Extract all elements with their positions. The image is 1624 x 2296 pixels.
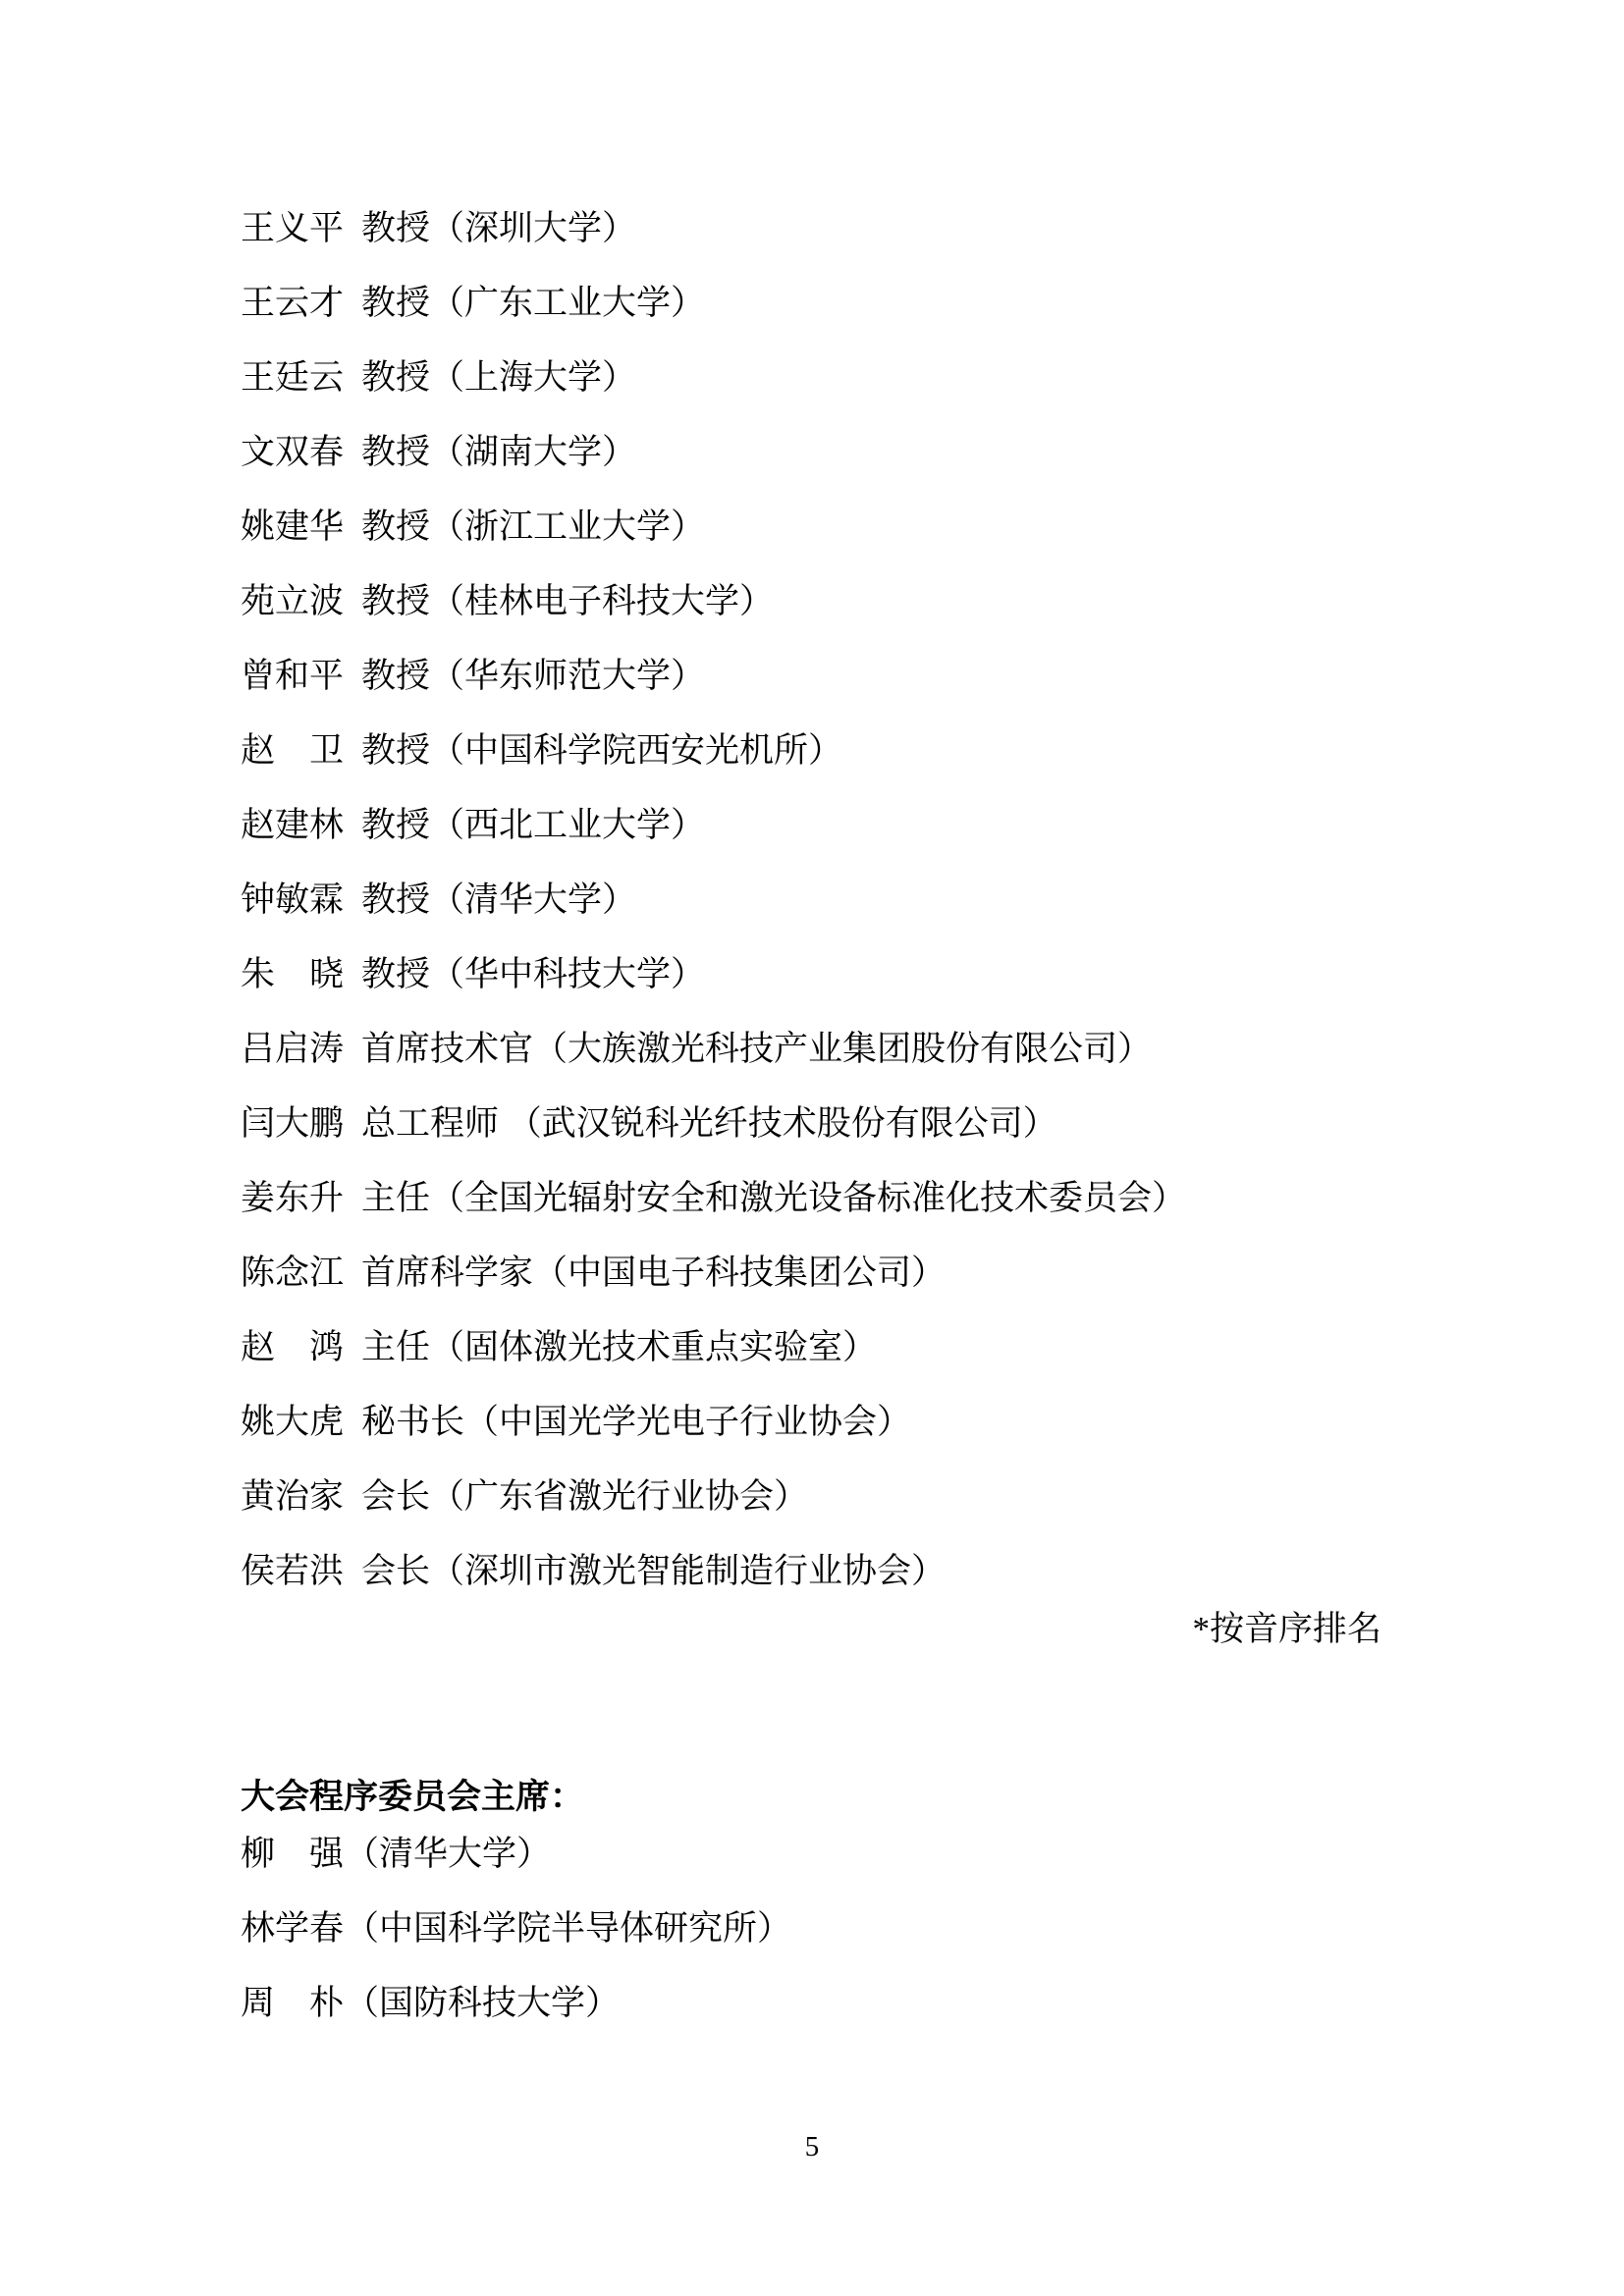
list-entry: 王义平教授（深圳大学） [241, 191, 1381, 266]
member-name: 林学春 [241, 1892, 345, 1966]
member-desc: 教授（华中科技大学） [361, 955, 705, 993]
member-name: 闫大鹏 [241, 1087, 345, 1161]
list-entry: 文双春教授（湖南大学） [241, 415, 1381, 490]
member-name: 柳 强 [241, 1817, 345, 1892]
member-name: 赵建林 [241, 788, 345, 863]
list-entry: 姚大虎秘书长（中国光学光电子行业协会） [241, 1385, 1381, 1460]
list-entry: 黄治家会长（广东省激光行业协会） [241, 1460, 1381, 1534]
member-name: 文双春 [241, 415, 345, 490]
document-page: 王义平教授（深圳大学） 王云才教授（广东工业大学） 王廷云教授（上海大学） 文双… [0, 0, 1624, 2296]
member-desc: 会长（深圳市激光智能制造行业协会） [361, 1552, 946, 1590]
member-desc: 教授（湖南大学） [361, 433, 636, 471]
list-entry: 赵 卫教授（中国科学院西安光机所） [241, 714, 1381, 788]
page-number: 5 [0, 2130, 1624, 2163]
member-name: 钟敏霖 [241, 863, 345, 937]
member-name: 赵 鸿 [241, 1310, 345, 1385]
sort-order-note: *按音序排名 [241, 1610, 1381, 1649]
list-entry: 吕启涛首席技术官（大族激光科技产业集团股份有限公司） [241, 1012, 1381, 1087]
member-name: 侯若洪 [241, 1534, 345, 1609]
member-desc: 首席技术官（大族激光科技产业集团股份有限公司） [361, 1030, 1152, 1068]
member-name: 姜东升 [241, 1161, 345, 1236]
member-name: 朱 晓 [241, 937, 345, 1012]
member-name: 曾和平 [241, 639, 345, 714]
member-name: 王义平 [241, 191, 345, 266]
member-desc: 教授（西北工业大学） [361, 806, 705, 844]
list-entry: 姚建华教授（浙江工业大学） [241, 490, 1381, 564]
member-desc: 秘书长（中国光学光电子行业协会） [361, 1403, 911, 1441]
member-desc: 主任（全国光辐射安全和激光设备标准化技术委员会） [361, 1179, 1186, 1217]
list-entry: 苑立波教授（桂林电子科技大学） [241, 564, 1381, 639]
list-entry: 王云才教授（广东工业大学） [241, 266, 1381, 341]
member-name: 周 朴 [241, 1966, 345, 2041]
page-content: 王义平教授（深圳大学） 王云才教授（广东工业大学） 王廷云教授（上海大学） 文双… [241, 191, 1381, 2041]
program-member: 周 朴（国防科技大学） [241, 1966, 1381, 2041]
list-entry: 侯若洪会长（深圳市激光智能制造行业协会） [241, 1534, 1381, 1609]
program-committee-heading: 大会程序委员会主席： [241, 1778, 1381, 1817]
list-entry: 赵 鸿主任（固体激光技术重点实验室） [241, 1310, 1381, 1385]
member-desc: 教授（清华大学） [361, 881, 636, 919]
list-entry: 姜东升主任（全国光辐射安全和激光设备标准化技术委员会） [241, 1161, 1381, 1236]
member-desc: 教授（广东工业大学） [361, 284, 705, 322]
member-desc: 教授（中国科学院西安光机所） [361, 731, 842, 770]
list-entry: 王廷云教授（上海大学） [241, 341, 1381, 415]
list-entry: 闫大鹏总工程师 （武汉锐科光纤技术股份有限公司） [241, 1087, 1381, 1161]
member-desc: 教授（浙江工业大学） [361, 507, 705, 546]
list-entry: 钟敏霖教授（清华大学） [241, 863, 1381, 937]
committee-list: 王义平教授（深圳大学） 王云才教授（广东工业大学） 王廷云教授（上海大学） 文双… [241, 191, 1381, 1609]
member-name: 姚大虎 [241, 1385, 345, 1460]
member-desc: 首席科学家（中国电子科技集团公司） [361, 1254, 946, 1292]
list-entry: 赵建林教授（西北工业大学） [241, 788, 1381, 863]
member-affiliation: （国防科技大学） [345, 1984, 620, 2022]
member-name: 王云才 [241, 266, 345, 341]
member-desc: 主任（固体激光技术重点实验室） [361, 1328, 877, 1366]
member-desc: 会长（广东省激光行业协会） [361, 1477, 808, 1516]
program-member: 柳 强（清华大学） [241, 1817, 1381, 1892]
member-desc: 教授（深圳大学） [361, 209, 636, 247]
member-name: 黄治家 [241, 1460, 345, 1534]
member-name: 姚建华 [241, 490, 345, 564]
member-desc: 总工程师 （武汉锐科光纤技术股份有限公司） [361, 1104, 1057, 1143]
member-desc: 教授（上海大学） [361, 358, 636, 397]
member-name: 吕启涛 [241, 1012, 345, 1087]
member-affiliation: （中国科学院半导体研究所） [345, 1909, 791, 1948]
program-member: 林学春（中国科学院半导体研究所） [241, 1892, 1381, 1966]
list-entry: 陈念江首席科学家（中国电子科技集团公司） [241, 1236, 1381, 1310]
list-entry: 曾和平教授（华东师范大学） [241, 639, 1381, 714]
member-affiliation: （清华大学） [345, 1835, 551, 1873]
member-desc: 教授（华东师范大学） [361, 657, 705, 695]
member-desc: 教授（桂林电子科技大学） [361, 582, 774, 620]
member-name: 苑立波 [241, 564, 345, 639]
member-name: 陈念江 [241, 1236, 345, 1310]
member-name: 王廷云 [241, 341, 345, 415]
list-entry: 朱 晓教授（华中科技大学） [241, 937, 1381, 1012]
program-committee-list: 柳 强（清华大学） 林学春（中国科学院半导体研究所） 周 朴（国防科技大学） [241, 1817, 1381, 2041]
member-name: 赵 卫 [241, 714, 345, 788]
